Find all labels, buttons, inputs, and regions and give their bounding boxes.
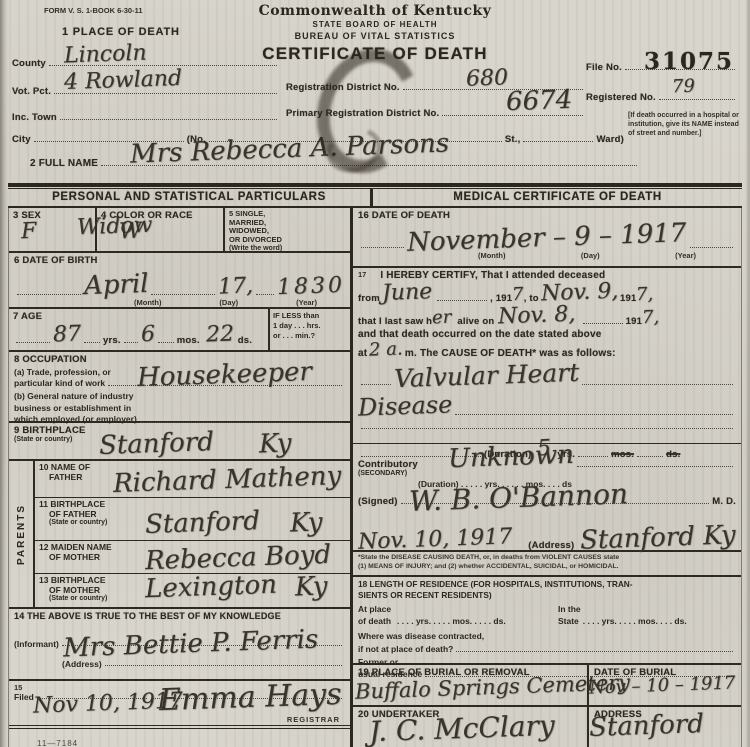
cause-line-2b bbox=[455, 414, 733, 415]
medical-certificate-header: MEDICAL CERTIFICATE OF DEATH bbox=[373, 189, 742, 206]
age-line-3 bbox=[124, 342, 138, 343]
registered-no-label: Registered No. bbox=[586, 92, 656, 103]
signed-row: (Signed) M. D. W. B. O'Bannon Nov. 10, 1… bbox=[353, 490, 741, 552]
cause-line-1b bbox=[582, 384, 733, 385]
sex-value: F bbox=[21, 221, 37, 244]
informant-label: (Informant) bbox=[14, 639, 59, 649]
mother-name-row: 12 MAIDEN NAME OF MOTHER Rebecca Boyd bbox=[35, 541, 350, 574]
father-bp-state-value: Ky bbox=[290, 510, 323, 537]
age-mos-cap: mos. bbox=[177, 335, 200, 346]
plate-row: 11—7184 bbox=[9, 729, 350, 747]
dob-year-value: 1830 bbox=[277, 275, 346, 299]
parents-label: PARENTS bbox=[16, 504, 27, 565]
cert-occurred-line: and that death occurred on the date stat… bbox=[358, 329, 736, 340]
marital-value: Widow bbox=[77, 215, 153, 240]
dob-month-value: April bbox=[83, 271, 148, 299]
if-less-note: IF LESS than 1 day . . . hrs. or . . . m… bbox=[268, 309, 350, 350]
cert-to-tail: 191 bbox=[620, 293, 636, 304]
cert-from-year-hw: 7 bbox=[512, 286, 524, 304]
footnote-line1: *State the DISEASE CAUSING DEATH, or, in… bbox=[358, 553, 736, 562]
inc-town-row: Inc. Town bbox=[12, 112, 280, 123]
registered-no-row: Registered No. 79 bbox=[586, 92, 738, 103]
burial-date-cell: DATE OF BURIAL Nov – 10 – 1917 bbox=[589, 665, 741, 705]
personal-particulars-header: PERSONAL AND STATISTICAL PARTICULARS bbox=[8, 189, 373, 206]
residence-label: 18 LENGTH OF RESIDENCE (FOR HOSPITALS, I… bbox=[358, 579, 688, 601]
filed-label: Filed bbox=[14, 692, 34, 702]
cert-alive-year-hw: 7, bbox=[642, 309, 660, 328]
occupation-row: 8 OCCUPATION (a) Trade, profession, or p… bbox=[9, 352, 350, 423]
precinct-label: Vot. Pct. bbox=[12, 86, 51, 97]
scan-right-edge-shadow bbox=[745, 0, 750, 747]
cert-alive-value: Nov. 8, bbox=[498, 304, 576, 329]
age-days-value: 22 bbox=[205, 324, 234, 347]
undertaker-address-value: Stanford bbox=[589, 711, 705, 741]
file-no-row: File No. 31075 bbox=[586, 62, 738, 73]
mother-bp-state-value: Ky bbox=[295, 574, 328, 601]
contributory-value: Unknown bbox=[447, 442, 574, 472]
undertaker-row: 20 UNDERTAKER J. C. McClary ADDRESS Stan… bbox=[353, 707, 741, 747]
city-st-line bbox=[523, 141, 593, 142]
cert-at-label: at bbox=[358, 348, 367, 359]
dob-line-1 bbox=[17, 294, 81, 295]
occupation-a-value: Housekeeper bbox=[137, 358, 313, 390]
cause-line-3 bbox=[361, 428, 733, 429]
date-of-death-row: 16 DATE OF DEATH November – 9 – 1917 (Mo… bbox=[353, 208, 741, 268]
registrar-label: REGISTRAR bbox=[287, 715, 340, 724]
commonwealth-title: Commonwealth of Kentucky bbox=[230, 3, 520, 19]
in-the-label: In the bbox=[558, 603, 736, 616]
age-yrs-cap: yrs. bbox=[103, 335, 121, 346]
cert-saw-hw: er bbox=[432, 309, 452, 328]
full-name-label: 2 FULL NAME bbox=[30, 158, 98, 169]
informant-value: Mrs Bettie P. Ferris bbox=[63, 627, 319, 662]
precinct-row: Vot. Pct. 4 Rowland bbox=[12, 86, 280, 97]
informant-address-line bbox=[105, 665, 342, 666]
in-state-dots: . . . . yrs. . . . . mos. . . . ds. bbox=[583, 615, 687, 628]
place-of-death-label: 1 PLACE OF DEATH bbox=[62, 26, 180, 38]
bureau-line: BUREAU OF VITAL STATISTICS bbox=[230, 31, 520, 41]
burial-date-value: Nov – 10 – 1917 bbox=[589, 674, 736, 697]
dod-line-1 bbox=[361, 247, 404, 248]
signed-address-value: Stanford Ky bbox=[580, 522, 736, 553]
md-label: M. D. bbox=[712, 496, 736, 507]
residence-row: 18 LENGTH OF RESIDENCE (FOR HOSPITALS, I… bbox=[353, 577, 741, 665]
form-number: FORM V. S. 1-BOOK 6-30-11 bbox=[44, 6, 143, 15]
cause-of-death-line2: Disease bbox=[358, 392, 453, 419]
dod-day-cap: (Day) bbox=[581, 251, 600, 260]
burial-place-cell: 19 PLACE OF BURIAL OR REMOVAL Buffalo Sp… bbox=[353, 665, 589, 705]
cert-saw-label: that I last saw h bbox=[358, 316, 432, 327]
father-bp-city-value: Stanford bbox=[145, 508, 261, 538]
father-name-row: 10 NAME OF FATHER Richard Matheny bbox=[35, 461, 350, 498]
age-years-value: 87 bbox=[53, 324, 82, 347]
parents-strip: PARENTS bbox=[9, 461, 35, 607]
cert-from-label: from bbox=[358, 293, 380, 304]
father-name-value: Richard Matheny bbox=[113, 464, 342, 498]
cert-alive-tail: 191 bbox=[626, 316, 642, 327]
undertaker-cell: 20 UNDERTAKER J. C. McClary bbox=[353, 707, 589, 747]
footnote-line2: (1) MEANS OF INJURY; and (2) whether ACC… bbox=[358, 562, 736, 571]
plate-number: 11—7184 bbox=[37, 739, 78, 747]
cert-from-tail: , 191 bbox=[490, 293, 512, 304]
cause-line-1a bbox=[361, 384, 391, 385]
contributory-label: Contributory bbox=[358, 459, 418, 470]
file-no-label: File No. bbox=[586, 62, 622, 73]
true-statement-label: 14 THE ABOVE IS TRUE TO THE BEST OF MY K… bbox=[14, 611, 345, 621]
mother-birthplace-row: 13 BIRTHPLACE OF MOTHER (State or countr… bbox=[35, 574, 350, 607]
cert-at-value: 2 a. bbox=[369, 340, 403, 359]
cert-from-line bbox=[437, 300, 487, 301]
birthplace-row: 9 BIRTHPLACE (State or country) Stanford… bbox=[9, 423, 350, 462]
age-line-2 bbox=[84, 342, 100, 343]
dob-line-2 bbox=[151, 294, 215, 295]
inc-town-label: Inc. Town bbox=[12, 112, 57, 123]
certification-row: 17 I HEREBY CERTIFY, That I attended dec… bbox=[353, 268, 741, 444]
father-birthplace-row: 11 BIRTHPLACE OF FATHER (State or countr… bbox=[35, 498, 350, 541]
marital-sub-label: (Write the word) bbox=[229, 245, 307, 253]
where-contracted-line1: Where was disease contracted, bbox=[358, 630, 736, 643]
age-row: 7 AGE 87 yrs. 6 mos. 22 ds. bbox=[9, 309, 350, 352]
marital-label: 5 SINGLE, MARRIED, WIDOWED, OR DIVORCED … bbox=[229, 210, 307, 253]
contributory-line bbox=[577, 466, 733, 467]
personal-column: 3 SEX F 4 COLOR OR RACE W 5 SINGLE, MARR… bbox=[8, 208, 353, 747]
age-label: 7 AGE bbox=[13, 311, 264, 322]
of-death-label: of death bbox=[358, 615, 391, 628]
registrar-signature: Emma Hays bbox=[159, 680, 343, 716]
registered-no-line bbox=[659, 99, 735, 100]
cert-from-value: June bbox=[382, 281, 433, 305]
state-label: State bbox=[558, 615, 579, 628]
birthplace-state-value: Ky bbox=[259, 430, 292, 457]
signed-address-label: (Address) bbox=[528, 540, 574, 551]
physician-signature: W. B. O'Bannon bbox=[409, 480, 629, 516]
cause-of-death-line1: Valvular Heart bbox=[394, 360, 580, 391]
cert-to-year-hw: 7, bbox=[636, 286, 654, 305]
certificate-body: PERSONAL AND STATISTICAL PARTICULARS MED… bbox=[8, 183, 742, 747]
at-place-label: At place bbox=[358, 603, 558, 616]
death-certificate-scan: FORM V. S. 1-BOOK 6-30-11 Commonwealth o… bbox=[0, 0, 750, 747]
cert-number: 17 bbox=[358, 270, 366, 279]
county-value: Lincoln bbox=[64, 43, 147, 68]
city-label: City bbox=[12, 134, 31, 145]
where-contracted-line2: if not at place of death? bbox=[358, 643, 453, 656]
state-board-line: STATE BOARD OF HEALTH bbox=[230, 20, 520, 29]
burial-row: 19 PLACE OF BURIAL OR REMOVAL Buffalo Sp… bbox=[353, 665, 741, 707]
column-headers: PERSONAL AND STATISTICAL PARTICULARS MED… bbox=[8, 188, 742, 208]
cert-at-tail: m. The CAUSE OF DEATH* was as follows: bbox=[405, 348, 616, 359]
registration-district-value: 680 bbox=[466, 67, 509, 90]
age-ds-cap: ds. bbox=[238, 335, 252, 346]
undertaker-address-cell: ADDRESS Stanford bbox=[589, 707, 741, 747]
dod-year-cap: (Year) bbox=[675, 251, 696, 260]
mother-name-value: Rebecca Boyd bbox=[145, 542, 332, 574]
medical-column: 16 DATE OF DEATH November – 9 – 1917 (Mo… bbox=[353, 208, 742, 747]
signed-label: (Signed) bbox=[358, 496, 398, 507]
scan-left-edge-shadow bbox=[0, 0, 8, 747]
date-of-birth-row: 6 DATE OF BIRTH April 17, 1830 (Month) (… bbox=[9, 253, 350, 309]
cert-alive-label: alive on bbox=[457, 316, 494, 327]
dob-label: 6 DATE OF BIRTH bbox=[14, 255, 345, 266]
age-line-4 bbox=[158, 342, 174, 343]
birthplace-city-value: Stanford bbox=[99, 429, 215, 459]
mother-bp-city-value: Lexington bbox=[145, 572, 278, 603]
sex-race-marital-row: 3 SEX F 4 COLOR OR RACE W 5 SINGLE, MARR… bbox=[9, 208, 350, 253]
precinct-value: 4 Rowland bbox=[64, 68, 183, 94]
city-ward-label: Ward) bbox=[596, 134, 624, 145]
dob-line-3 bbox=[256, 294, 274, 295]
contributory-sub: (SECONDARY) bbox=[358, 470, 736, 477]
primary-district-value: 6674 bbox=[506, 87, 573, 115]
inc-town-line bbox=[60, 119, 277, 120]
dob-day-value: 17, bbox=[218, 275, 254, 298]
county-label: County bbox=[12, 58, 46, 69]
age-line-1 bbox=[16, 342, 50, 343]
age-months-value: 6 bbox=[140, 324, 155, 346]
undertaker-value: J. C. McClary bbox=[369, 712, 556, 746]
parents-section: PARENTS 10 NAME OF FATHER Richard Mathen… bbox=[9, 461, 350, 609]
file-no-value: 31075 bbox=[644, 48, 734, 75]
informant-row: 14 THE ABOVE IS TRUE TO THE BEST OF MY K… bbox=[9, 609, 350, 681]
where-contracted-line bbox=[456, 651, 733, 652]
filed-row: 15 Filed Nov 10, 1917 Emma Hays REGISTRA… bbox=[9, 681, 350, 729]
dob-month-cap: (Month) bbox=[134, 298, 161, 307]
registered-no-value: 79 bbox=[672, 78, 696, 97]
dod-line-2 bbox=[690, 247, 733, 248]
cert-alive-line bbox=[583, 323, 623, 324]
hospital-note: [If death occurred in a hospital or inst… bbox=[628, 112, 740, 138]
footnote-row: *State the DISEASE CAUSING DEATH, or, in… bbox=[353, 552, 741, 577]
signed-date-value: Nov. 10, 1917 bbox=[358, 526, 513, 553]
city-st-label: St., bbox=[505, 134, 521, 145]
at-place-dots: . . . . yrs. . . . . mos. . . . . ds. bbox=[397, 615, 506, 628]
marital-cell: 5 SINGLE, MARRIED, WIDOWED, OR DIVORCED … bbox=[225, 208, 350, 251]
occupation-b-label: (b) General nature of industry business … bbox=[14, 391, 345, 425]
